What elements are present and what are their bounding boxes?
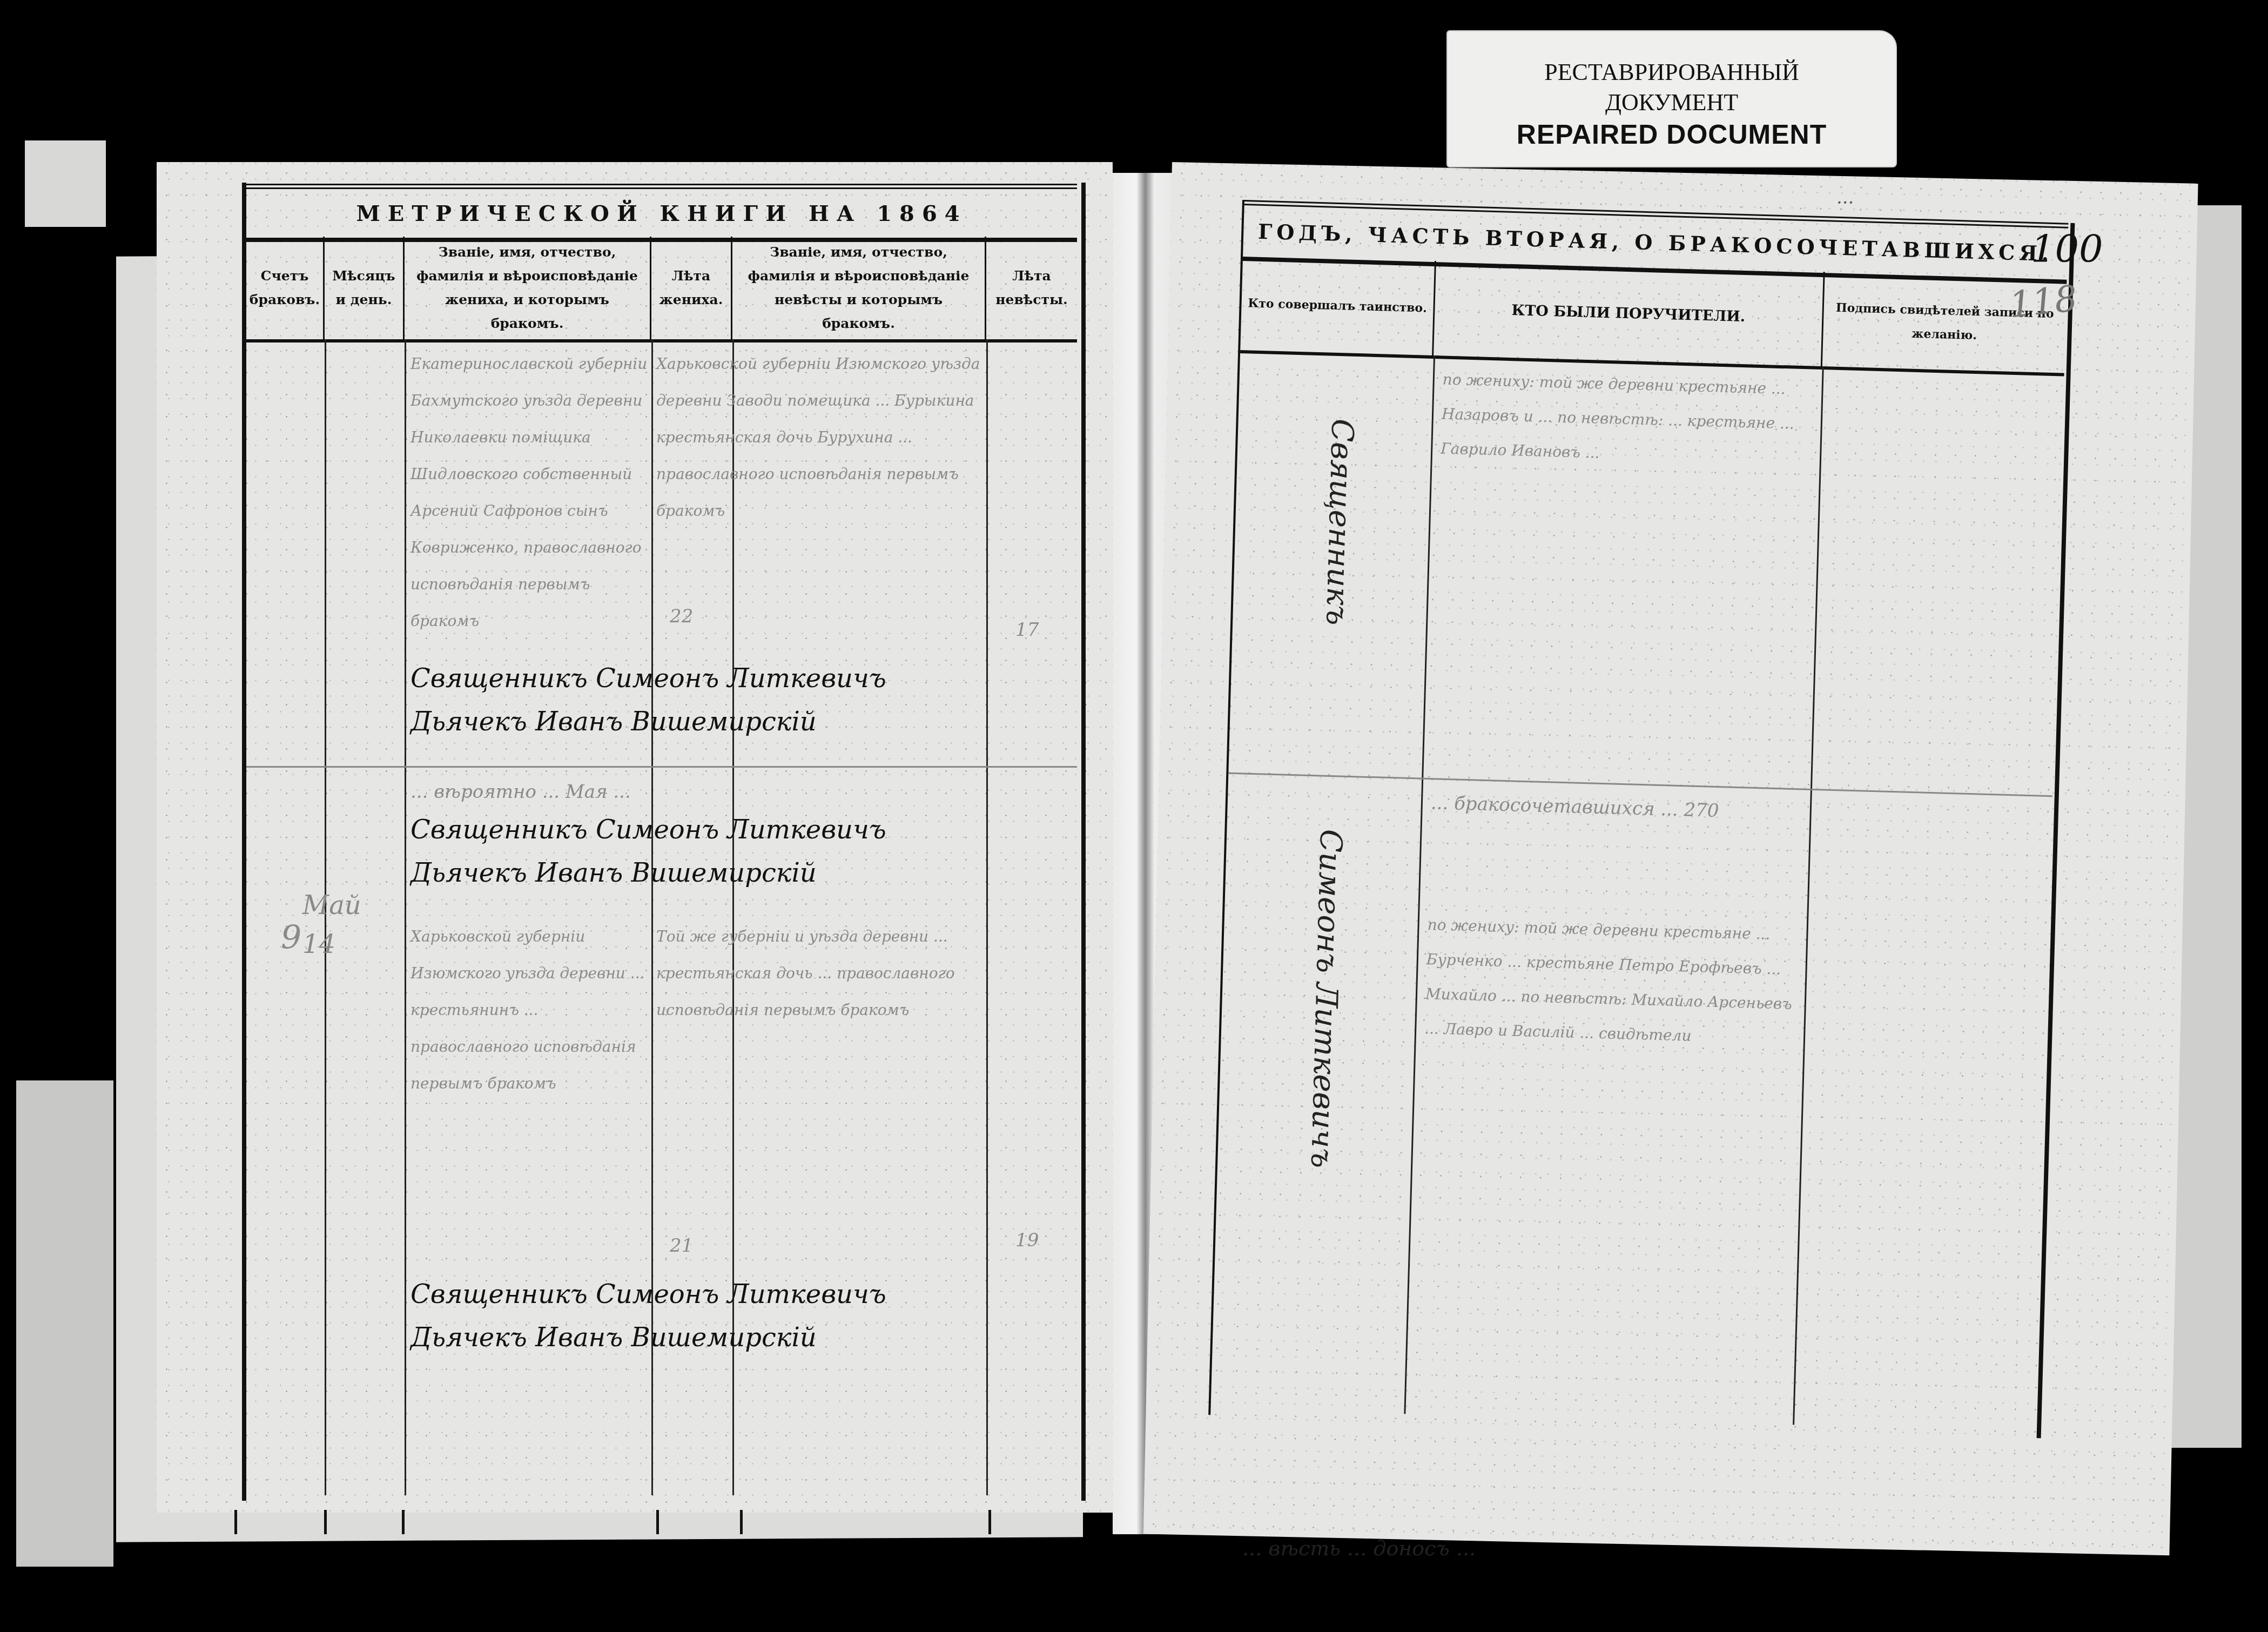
column-header-officiant: Кто совершалъ таинство. xyxy=(1240,256,1436,355)
note-between-entries: ... вѣроятно ... Мая ... xyxy=(410,773,631,811)
repaired-document-label: РЕСТАВРИРОВАННЫЙ ДОКУМЕНТ REPAIRED DOCUM… xyxy=(1448,31,1896,166)
column-header-guarantors: КТО БЫЛИ ПОРУЧИТЕЛИ. xyxy=(1434,261,1825,366)
left-page-title: МЕТРИЧЕСКОЙ КНИГИ НА 1864 xyxy=(246,184,1077,242)
column-header-count: Счетъ браковъ. xyxy=(246,237,325,339)
margin-tick xyxy=(740,1510,743,1534)
entry-2-groom: Харьковской губерніи Изюмского уѣзда дер… xyxy=(410,918,648,1102)
entry-1-groom: Екатеринославской губерніи Бахмутского у… xyxy=(410,346,648,640)
note-between-entries-right: ... бракосочетавшихся ... 270 xyxy=(1430,783,1719,830)
margin-tick xyxy=(656,1510,659,1534)
entry-1-bride-age: 17 xyxy=(1015,610,1039,649)
entry-2-groom-age: 21 xyxy=(670,1226,693,1265)
entry-1-groom-age: 22 xyxy=(670,597,693,636)
entry-1-priest-signature: Священникъ Симеонъ Литкевичъ xyxy=(410,659,886,698)
entry-2-guarantors: по жениху: той же деревни крестьяне ... … xyxy=(1424,908,1800,1056)
torn-paper-scrap xyxy=(25,140,106,227)
label-line-ru-1: РЕСТАВРИРОВАННЫЙ xyxy=(1448,57,1896,88)
label-line-en: REPAIRED DOCUMENT xyxy=(1448,118,1896,151)
column-header-groom-age: Лѣта жениха. xyxy=(651,237,732,339)
page-number: 100 xyxy=(2031,227,2103,271)
entry-2-clerk-signature: Дьячекъ Иванъ Вишемирскій xyxy=(410,1318,817,1357)
corner-scribble: ... xyxy=(1836,178,1854,217)
column-header-groom: Званіе, имя, отчество, фамилія и вѣроисп… xyxy=(405,237,651,339)
right-table: ГОДЪ, ЧАСТЬ ВТОРАЯ, О БРАКОСОЧЕТАВШИХСЯ.… xyxy=(1208,200,2074,1465)
bottom-scrawl: ... вѣсть ... доносъ ... xyxy=(1242,1529,1476,1568)
entry-2-bride-age: 19 xyxy=(1015,1221,1039,1260)
label-line-ru-2: ДОКУМЕНТ xyxy=(1448,88,1896,118)
column-header-date: Мѣсяцъ и день. xyxy=(325,237,405,339)
margin-tick xyxy=(234,1510,237,1534)
left-edge-scrap xyxy=(16,1080,113,1567)
column-divider xyxy=(405,339,406,1495)
entry-2-priest-signature-top: Священникъ Симеонъ Литкевичъ xyxy=(410,810,886,849)
page-number-old: 118 xyxy=(2007,278,2079,326)
margin-tick xyxy=(324,1510,327,1534)
entry-2-priest-signature: Священникъ Симеонъ Литкевичъ xyxy=(410,1275,886,1314)
margin-tick xyxy=(988,1510,991,1534)
entry-1-bride: Харьковской губерніи Изюмского уѣзда дер… xyxy=(656,346,980,529)
entry-1-officiant: Священникъ xyxy=(1317,418,1362,626)
entry-2-bride: Той же губерніи и уѣзда деревни ... крес… xyxy=(656,918,980,1029)
margin-tick xyxy=(402,1510,405,1534)
entry-2-clerk-signature-top: Дьячекъ Иванъ Вишемирскій xyxy=(410,854,817,892)
entry-1-guarantors: по жениху: той же деревни крестьяне ... … xyxy=(1440,362,1815,476)
entry-separator xyxy=(246,766,1077,768)
entry-1-clerk-signature: Дьячекъ Иванъ Вишемирскій xyxy=(410,702,817,741)
entry-2-count: 9 xyxy=(281,918,301,957)
left-table-header: Счетъ браковъ. Мѣсяцъ и день. Званіе, им… xyxy=(246,237,1077,342)
column-header-bride: Званіе, имя, отчество, фамилія и вѣроисп… xyxy=(732,237,986,339)
entry-2-date: Май 14 xyxy=(302,886,400,964)
column-header-bride-age: Лѣта невѣсты. xyxy=(986,237,1077,339)
column-divider xyxy=(986,339,988,1495)
